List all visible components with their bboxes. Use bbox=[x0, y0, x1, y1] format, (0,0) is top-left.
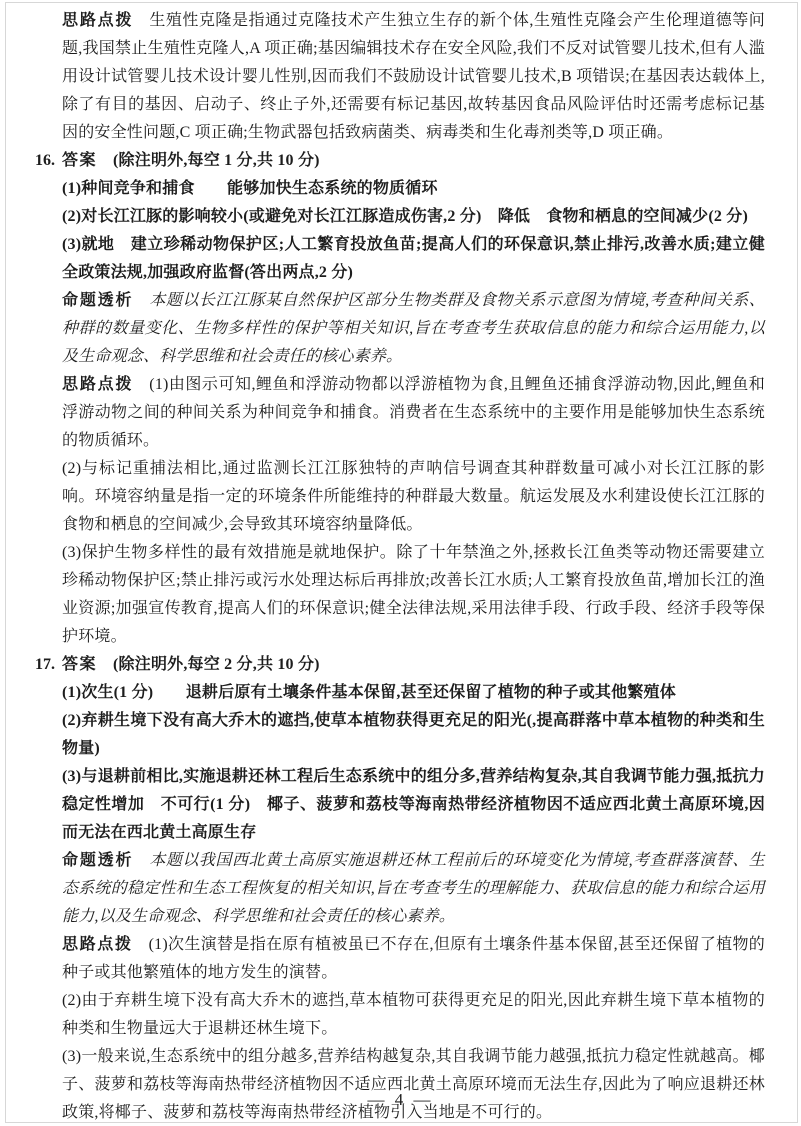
q17-guidance-paragraph-3: (3)一般来说,生态系统中的组分越多,营养结构越复杂,其自我调节能力越强,抵抗力… bbox=[62, 1043, 765, 1126]
guidance-text: 生殖性克隆是指通过克隆技术产生独立生存的新个体,生殖性克隆会产生伦理道德等问题,… bbox=[62, 12, 765, 141]
guidance-label: 思路点拨 bbox=[62, 12, 133, 29]
q17-answer-head: 17. 答案(除注明外,每空 2 分,共 10 分) bbox=[62, 651, 765, 679]
q17-analysis-paragraph: 命题透析本题以我国西北黄土高原实施退耕还林工程前后的环境变化为情境,考查群落演替… bbox=[62, 847, 765, 931]
analysis-text: 本题以长江江豚某自然保护区部分生物类群及食物关系示意图为情境,考查种间关系、种群… bbox=[62, 292, 765, 365]
q16-analysis-paragraph: 命题透析本题以长江江豚某自然保护区部分生物类群及食物关系示意图为情境,考查种间关… bbox=[62, 287, 765, 371]
q16-guidance-paragraph-2: (2)与标记重捕法相比,通过监测长江江豚独特的声呐信号调查其种群数量可减小对长江… bbox=[62, 455, 765, 539]
guidance-label: 思路点拨 bbox=[62, 936, 133, 953]
q17-answer-item-3: (3)与退耕前相比,实施退耕还林工程后生态系统中的组分多,营养结构复杂,其自我调… bbox=[62, 763, 765, 847]
score-note: (除注明外,每空 1 分,共 10 分) bbox=[113, 152, 320, 169]
q16-guidance-paragraph-3: (3)保护生物多样性的最有效措施是就地保护。除了十年禁渔之外,拯救长江鱼类等动物… bbox=[62, 539, 765, 651]
analysis-text: 本题以我国西北黄土高原实施退耕还林工程前后的环境变化为情境,考查群落演替、生态系… bbox=[62, 852, 765, 925]
answer-label: 答案 bbox=[62, 152, 97, 169]
q17-guidance-paragraph-2: (2)由于弃耕生境下没有高大乔木的遮挡,草本植物可获得更充足的阳光,因此弃耕生境… bbox=[62, 987, 765, 1043]
q16-answer-item-2: (2)对长江江豚的影响较小(或避免对长江江豚造成伤害,2 分) 降低 食物和栖息… bbox=[62, 203, 765, 231]
analysis-label: 命题透析 bbox=[62, 852, 133, 869]
page-number-footer: — 4 — bbox=[0, 1090, 801, 1110]
analysis-label: 命题透析 bbox=[62, 292, 133, 309]
q17-guidance-paragraph-1: 思路点拨(1)次生演替是指在原有植被虽已不存在,但原有土壤条件基本保留,甚至还保… bbox=[62, 931, 765, 987]
question-16-block: 16. 答案(除注明外,每空 1 分,共 10 分) (1)种间竞争和捕食 能够… bbox=[62, 147, 765, 651]
q17-answer-item-1: (1)次生(1 分) 退耕后原有土壤条件基本保留,甚至还保留了植物的种子或其他繁… bbox=[62, 679, 765, 707]
document-content: 思路点拨生殖性克隆是指通过克隆技术产生独立生存的新个体,生殖性克隆会产生伦理道德… bbox=[0, 7, 801, 1126]
answer-label: 答案 bbox=[62, 656, 97, 673]
question-17-block: 17. 答案(除注明外,每空 2 分,共 10 分) (1)次生(1 分) 退耕… bbox=[62, 651, 765, 1126]
question-number: 17. bbox=[35, 651, 55, 679]
score-note: (除注明外,每空 2 分,共 10 分) bbox=[113, 656, 320, 673]
q16-answer-item-3: (3)就地 建立珍稀动物保护区;人工繁育投放鱼苗;提高人们的环保意识,禁止排污,… bbox=[62, 231, 765, 287]
q17-answer-item-2: (2)弃耕生境下没有高大乔木的遮挡,使草本植物获得更充足的阳光(,提高群落中草本… bbox=[62, 707, 765, 763]
q16-guidance-paragraph-1: 思路点拨(1)由图示可知,鲤鱼和浮游动物都以浮游植物为食,且鲤鱼还捕食浮游动物,… bbox=[62, 371, 765, 455]
q15-guidance-paragraph: 思路点拨生殖性克隆是指通过克隆技术产生独立生存的新个体,生殖性克隆会产生伦理道德… bbox=[62, 7, 765, 147]
question-number: 16. bbox=[35, 147, 55, 175]
guidance-label: 思路点拨 bbox=[62, 376, 133, 393]
guidance-text: (1)次生演替是指在原有植被虽已不存在,但原有土壤条件基本保留,甚至还保留了植物… bbox=[62, 936, 765, 981]
q16-answer-head: 16. 答案(除注明外,每空 1 分,共 10 分) bbox=[62, 147, 765, 175]
guidance-text: (1)由图示可知,鲤鱼和浮游动物都以浮游植物为食,且鲤鱼还捕食浮游动物,因此,鲤… bbox=[62, 376, 765, 449]
q16-answer-item-1: (1)种间竞争和捕食 能够加快生态系统的物质循环 bbox=[62, 175, 765, 203]
